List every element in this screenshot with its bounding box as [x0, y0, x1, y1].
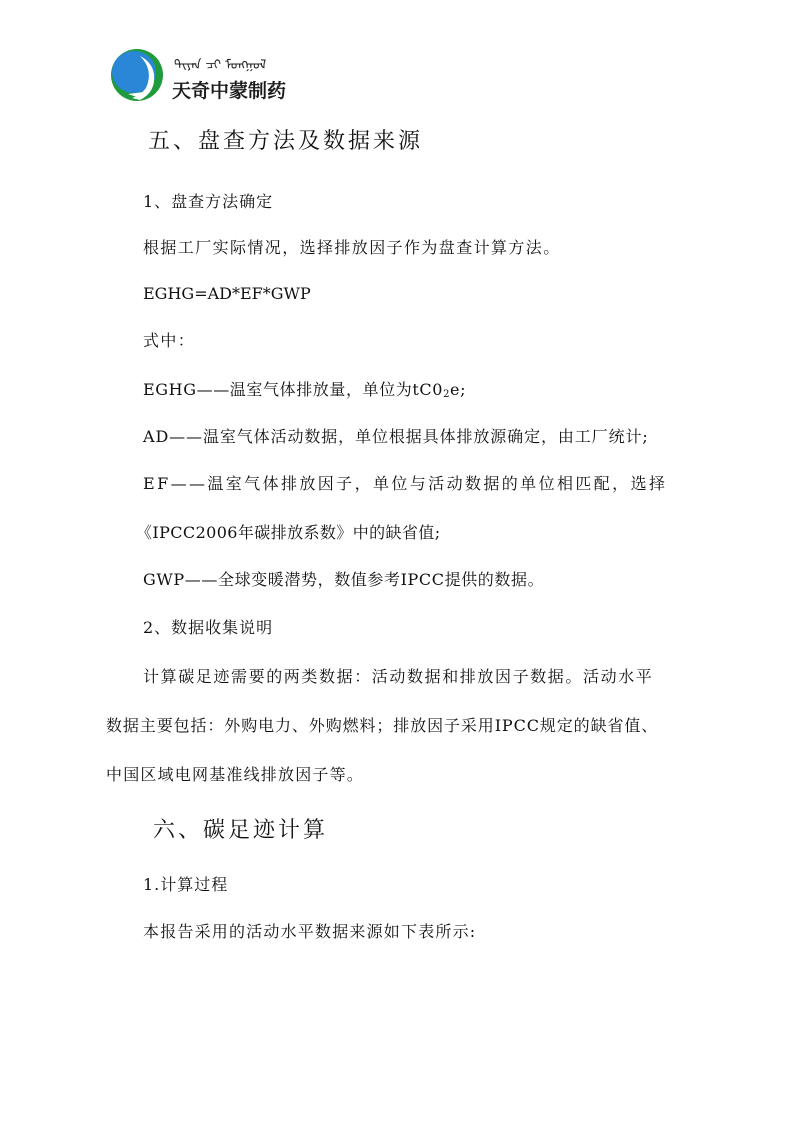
section-6-title: 六、碳足迹计算 [153, 813, 328, 844]
calculation-paragraph: 本报告采用的活动水平数据来源如下表所示: [143, 919, 476, 942]
company-logo: ᠲᠢᠶᠠᠨ ᠴᠢ ᠮᠤᠩᠭᠤᠯ 天奇中蒙制药 [108, 46, 286, 104]
definition-ef-line-2: 《IPCC2006年碳排放系数》中的缺省值; [136, 520, 440, 543]
formula: EGHG=AD*EF*GWP [143, 284, 311, 303]
logo-company-name: 天奇中蒙制药 [172, 76, 286, 103]
definition-gwp: GWP——全球变暖潜势，数值参考IPCC提供的数据。 [143, 567, 544, 590]
definition-ad: AD——温室气体活动数据，单位根据具体排放源确定，由工厂统计; [143, 424, 649, 447]
data-collection-line-3: 中国区域电网基准线排放因子等。 [106, 762, 364, 785]
definition-eghg: EGHG——温室气体排放量，单位为tC02e; [143, 377, 466, 400]
method-paragraph: 根据工厂实际情况，选择排放因子作为盘查计算方法。 [143, 235, 561, 258]
section-5-2-title: 2、数据收集说明 [143, 615, 273, 638]
definition-ef-line-1: EF——温室气体排放因子，单位与活动数据的单位相匹配，选择 [143, 471, 667, 494]
section-5-title: 五、盘查方法及数据来源 [148, 124, 423, 155]
logo-mongolian-text: ᠲᠢᠶᠠᠨ ᠴᠢ ᠮᠤᠩᠭᠤᠯ [174, 50, 266, 73]
section-5-1-title: 1、盘查方法确定 [143, 189, 273, 212]
company-logo-icon [110, 48, 164, 102]
data-collection-line-1: 计算碳足迹需要的两类数据：活动数据和排放因子数据。活动水平 [143, 664, 653, 687]
where-label: 式中： [143, 328, 195, 351]
data-collection-line-2: 数据主要包括：外购电力、外购燃料；排放因子采用IPCC规定的缺省值、 [106, 713, 658, 736]
section-6-1-title: 1.计算过程 [143, 872, 228, 895]
